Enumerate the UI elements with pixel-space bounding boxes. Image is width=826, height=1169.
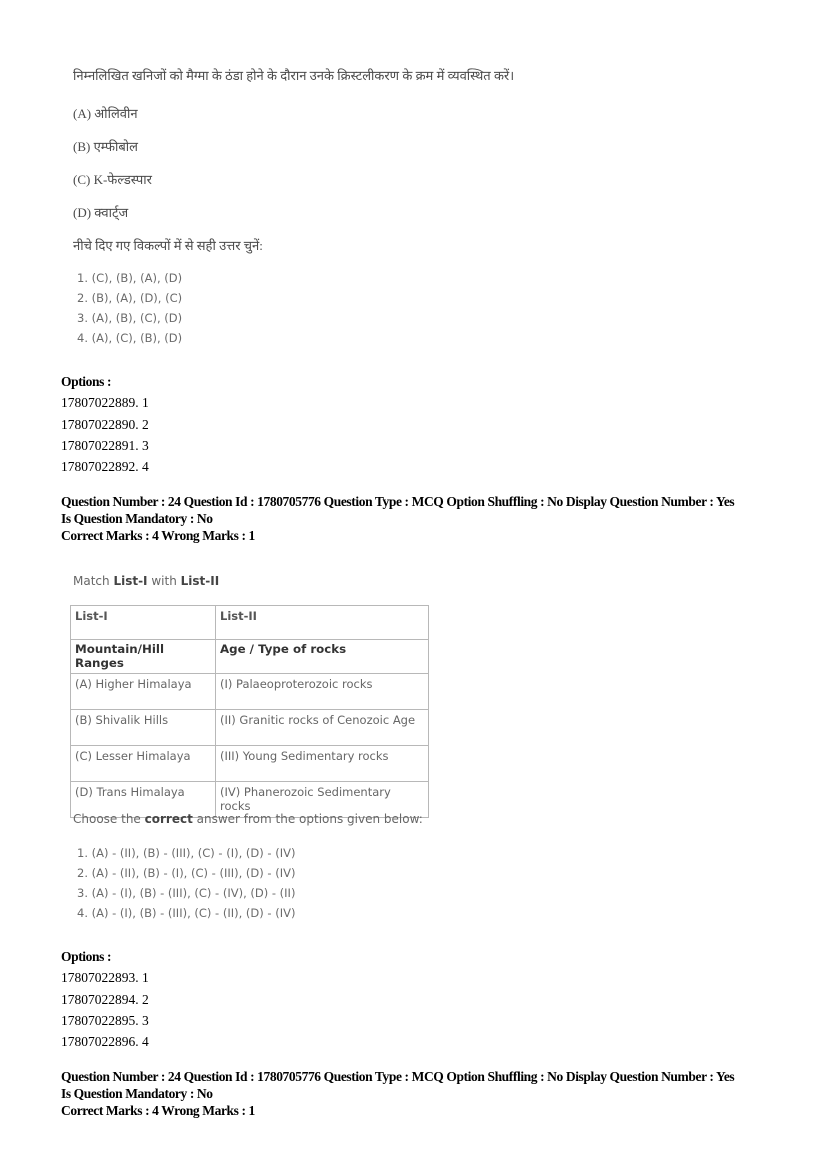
table-header-cell: List-I bbox=[71, 606, 216, 640]
answer-choice: 3. (A), (B), (C), (D) bbox=[77, 308, 182, 328]
table-cell: (A) Higher Himalaya bbox=[71, 674, 216, 710]
question-a-item: (D) क्वार्ट्ज bbox=[73, 203, 128, 221]
answer-choice: 3. (A) - (I), (B) - (III), (C) - (IV), (… bbox=[77, 883, 295, 903]
question-a-item: (B) एम्फीबोल bbox=[73, 137, 138, 155]
table-header-cell: List-II bbox=[216, 606, 429, 640]
question-b-options: Options : 17807022893. 1 17807022894. 2 … bbox=[61, 946, 149, 1052]
item-text: एम्फीबोल bbox=[94, 139, 138, 154]
item-label: (B) bbox=[73, 139, 90, 154]
meta-line-question-info: Question Number : 24 Question Id : 17807… bbox=[61, 1069, 734, 1086]
option-item: 17807022892. 4 bbox=[61, 456, 149, 477]
option-item: 17807022890. 2 bbox=[61, 414, 149, 435]
option-item: 17807022893. 1 bbox=[61, 967, 149, 988]
intro-text: Match bbox=[73, 574, 113, 588]
meta-line-marks: Correct Marks : 4 Wrong Marks : 1 bbox=[61, 1103, 734, 1120]
instruction-text: answer from the options given below: bbox=[193, 812, 423, 826]
intro-text: with bbox=[148, 574, 181, 588]
table-row: (A) Higher Himalaya (I) Palaeoproterozoi… bbox=[71, 674, 429, 710]
table-header-row: List-I List-II bbox=[71, 606, 429, 640]
option-item: 17807022895. 3 bbox=[61, 1010, 149, 1031]
answer-choice: 1. (A) - (II), (B) - (III), (C) - (I), (… bbox=[77, 843, 295, 863]
table-row: (B) Shivalik Hills (II) Granitic rocks o… bbox=[71, 710, 429, 746]
question-a-instruction: नीचे दिए गए विकल्पों में से सही उत्तर चु… bbox=[73, 236, 263, 254]
question-a-stem: निम्नलिखित खनिजों को मैग्मा के ठंडा होने… bbox=[73, 66, 514, 84]
item-text: K-फेल्डस्पार bbox=[94, 172, 152, 187]
answer-choice: 1. (C), (B), (A), (D) bbox=[77, 268, 182, 288]
question-a-options: Options : 17807022889. 1 17807022890. 2 … bbox=[61, 371, 149, 477]
question-meta: Question Number : 24 Question Id : 17807… bbox=[61, 1069, 734, 1120]
option-item: 17807022891. 3 bbox=[61, 435, 149, 456]
option-item: 17807022896. 4 bbox=[61, 1031, 149, 1052]
answer-choice: 2. (A) - (II), (B) - (I), (C) - (III), (… bbox=[77, 863, 295, 883]
instruction-bold: correct bbox=[145, 812, 193, 826]
answer-choice: 4. (A) - (I), (B) - (III), (C) - (II), (… bbox=[77, 903, 295, 923]
table-cell: (II) Granitic rocks of Cenozoic Age bbox=[216, 710, 429, 746]
meta-line-question-info: Question Number : 24 Question Id : 17807… bbox=[61, 494, 734, 511]
match-table: List-I List-II Mountain/Hill Ranges Age … bbox=[70, 605, 429, 818]
options-heading: Options : bbox=[61, 946, 149, 967]
item-text: क्वार्ट्ज bbox=[94, 205, 128, 220]
question-b-instruction: Choose the correct answer from the optio… bbox=[73, 812, 423, 826]
question-a-item: (A) ओलिवीन bbox=[73, 104, 138, 122]
table-subheader-row: Mountain/Hill Ranges Age / Type of rocks bbox=[71, 640, 429, 674]
item-label: (A) bbox=[73, 106, 91, 121]
meta-line-mandatory: Is Question Mandatory : No bbox=[61, 511, 734, 528]
answer-choice: 2. (B), (A), (D), (C) bbox=[77, 288, 182, 308]
option-item: 17807022889. 1 bbox=[61, 392, 149, 413]
answer-choice: 4. (A), (C), (B), (D) bbox=[77, 328, 182, 348]
table-subheader-cell: Age / Type of rocks bbox=[216, 640, 429, 674]
item-label: (C) bbox=[73, 172, 90, 187]
instruction-text: Choose the bbox=[73, 812, 145, 826]
question-b-intro: Match List-I with List-II bbox=[73, 574, 219, 588]
table-cell: (I) Palaeoproterozoic rocks bbox=[216, 674, 429, 710]
table-cell: (C) Lesser Himalaya bbox=[71, 746, 216, 782]
table-cell: (III) Young Sedimentary rocks bbox=[216, 746, 429, 782]
question-b-answer-choices: 1. (A) - (II), (B) - (III), (C) - (I), (… bbox=[77, 843, 295, 923]
table-cell: (B) Shivalik Hills bbox=[71, 710, 216, 746]
meta-line-marks: Correct Marks : 4 Wrong Marks : 1 bbox=[61, 528, 734, 545]
option-item: 17807022894. 2 bbox=[61, 989, 149, 1010]
item-text: ओलिवीन bbox=[94, 106, 137, 121]
intro-list2: List-II bbox=[181, 574, 220, 588]
question-a-item: (C) K-फेल्डस्पार bbox=[73, 170, 152, 188]
question-a-answer-choices: 1. (C), (B), (A), (D) 2. (B), (A), (D), … bbox=[77, 268, 182, 348]
options-heading: Options : bbox=[61, 371, 149, 392]
table-subheader-cell: Mountain/Hill Ranges bbox=[71, 640, 216, 674]
meta-line-mandatory: Is Question Mandatory : No bbox=[61, 1086, 734, 1103]
item-label: (D) bbox=[73, 205, 91, 220]
question-meta: Question Number : 24 Question Id : 17807… bbox=[61, 494, 734, 545]
table-row: (C) Lesser Himalaya (III) Young Sediment… bbox=[71, 746, 429, 782]
intro-list1: List-I bbox=[113, 574, 147, 588]
